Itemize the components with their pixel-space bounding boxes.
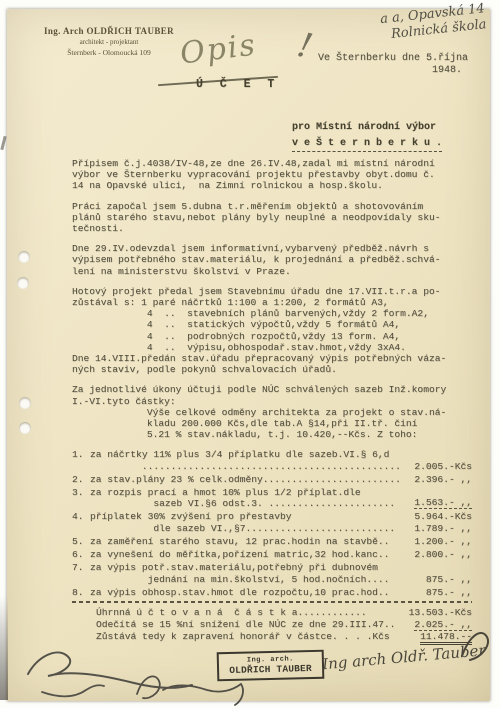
letterhead: Ing. Arch OLDŘICH TAUBER architekt - pro… [28, 26, 190, 57]
invoice-item-6: 6. za vynešení do měřítka,pořízení matri… [72, 549, 472, 560]
invoice-item-1: 1. za náčrtky 11% plus 3/4 příplatku dle… [72, 449, 472, 471]
discount-label: Odečítá se 15 %ní snížení dle NÚC ze dne… [96, 619, 402, 630]
item-amount: 1.563.- ,, [406, 487, 472, 509]
item-number: 2. [72, 474, 90, 485]
invoice-item-2: 2. za stav.plány 23 % celk.odměny.......… [72, 474, 472, 485]
punch-hole [19, 397, 31, 409]
document-body: Přípisem č.j.4038/IV-48,ze dne 26.IV.48,… [72, 158, 472, 644]
item-description: příplatek 30% zvýšení pro přestavby dle … [90, 511, 406, 533]
paragraph-preliminary-design: Dne 29.IV.odevzdal jsem informatívní,vyb… [72, 243, 472, 277]
punch-hole [19, 422, 31, 434]
invoice-item-5: 5. za zaměření starého stavu, 12 prac.ho… [72, 536, 472, 547]
item-number: 3. [72, 487, 90, 509]
dateline-year: 1948. [318, 65, 476, 77]
item-number: 8. [72, 587, 90, 598]
recipient-line1: pro Místní národní výbor [292, 120, 442, 136]
dateline-place: Ve Šternberku dne 5.října [318, 53, 476, 65]
scanned-document: Ing. Arch OLDŘICH TAUBER architekt - pro… [0, 0, 500, 708]
invoice-item-7: 7. za výpis potř.stav.materiálu,potřebný… [72, 562, 472, 584]
indent [72, 619, 96, 630]
total-amount: 13.503.-Kčs [402, 607, 472, 618]
item-amount: 875.- ,, [406, 562, 472, 584]
item-description: za výpis potř.stav.materiálu,potřebný př… [90, 562, 406, 584]
recipient-line2: v e Š t e r n b e r k u . [292, 138, 442, 152]
subtotal-note: 5.964.-Kčs [414, 511, 472, 522]
scan-smudge [0, 136, 6, 150]
total-label: Úhrnná ú č t o v a n á č á s t k a......… [96, 607, 402, 618]
item-amount: 5.964.-Kčs1.789.- ,, [406, 511, 472, 533]
pen-flourish [458, 624, 492, 664]
punch-hole [18, 251, 30, 263]
letterhead-name: Ing. Arch OLDŘICH TAUBER [28, 26, 190, 36]
item-amount: 2.396.- ,, [406, 474, 472, 485]
item-description: za výpis obhosp.stav.hmot dle rozpočtu,1… [90, 587, 406, 598]
invoice-item-8: 8. za výpis obhosp.stav.hmot dle rozpočt… [72, 587, 472, 598]
punch-hole [17, 277, 29, 289]
item-number: 6. [72, 549, 90, 560]
paragraph-deliverables: Hotový projekt předal jsem Stavebnímu úř… [72, 286, 472, 376]
letterhead-address: Šternberk - Olomoucká 109 [28, 48, 190, 57]
dateline: Ve Šternberku dne 5.října 1948. [318, 53, 476, 77]
recipient-block: pro Místní národní výbor v e Š t e r n b… [292, 120, 442, 152]
item-number: 1. [72, 449, 90, 471]
paragraph-fee-basis: Za jednotlivé úkony účtuji podle NÚC sch… [72, 384, 472, 440]
scan-smudge [0, 595, 8, 700]
invoice-item-3: 3. za rozpis prací a hmot 10% plus 1/2 p… [72, 487, 472, 509]
discount-row: Odečítá se 15 %ní snížení dle NÚC ze dne… [72, 619, 472, 630]
item-description: za vynešení do měřítka,pořízení matric,3… [90, 549, 406, 560]
item-description: za náčrtky 11% plus 3/4 příplatku dle sa… [90, 449, 406, 471]
item-description: za zaměření starého stavu, 12 prac.hodin… [90, 536, 406, 547]
item-description: za stav.plány 23 % celk.odměny..........… [90, 474, 406, 485]
item-amount: 1.200.- ,, [406, 536, 472, 547]
item-amount: 2.800.- ,, [406, 549, 472, 560]
item-amount: 2.005.-Kčs [406, 449, 472, 471]
separator-line [72, 601, 472, 603]
signature-middle [125, 662, 260, 708]
paragraph-work-start: Práci započal jsem 5.dubna t.r.měřením o… [72, 201, 472, 235]
item-amount: 875.- ,, [406, 587, 472, 598]
item-number: 4. [72, 511, 90, 533]
item-number: 5. [72, 536, 90, 547]
item-description: za rozpis prací a hmot 10% plus 1/2 příp… [90, 487, 406, 509]
total-row: Úhrnná ú č t o v a n á č á s t k a......… [72, 607, 472, 618]
document-title: Ú Č E T [196, 78, 279, 91]
item-number: 7. [72, 562, 90, 584]
indent [72, 607, 96, 618]
letterhead-role: architekt - projektant [28, 38, 190, 46]
paragraph-commission: Přípisem č.j.4038/IV-48,ze dne 26.IV.48,… [72, 158, 472, 192]
invoice-item-4: 4. příplatek 30% zvýšení pro přestavby d… [72, 511, 472, 533]
